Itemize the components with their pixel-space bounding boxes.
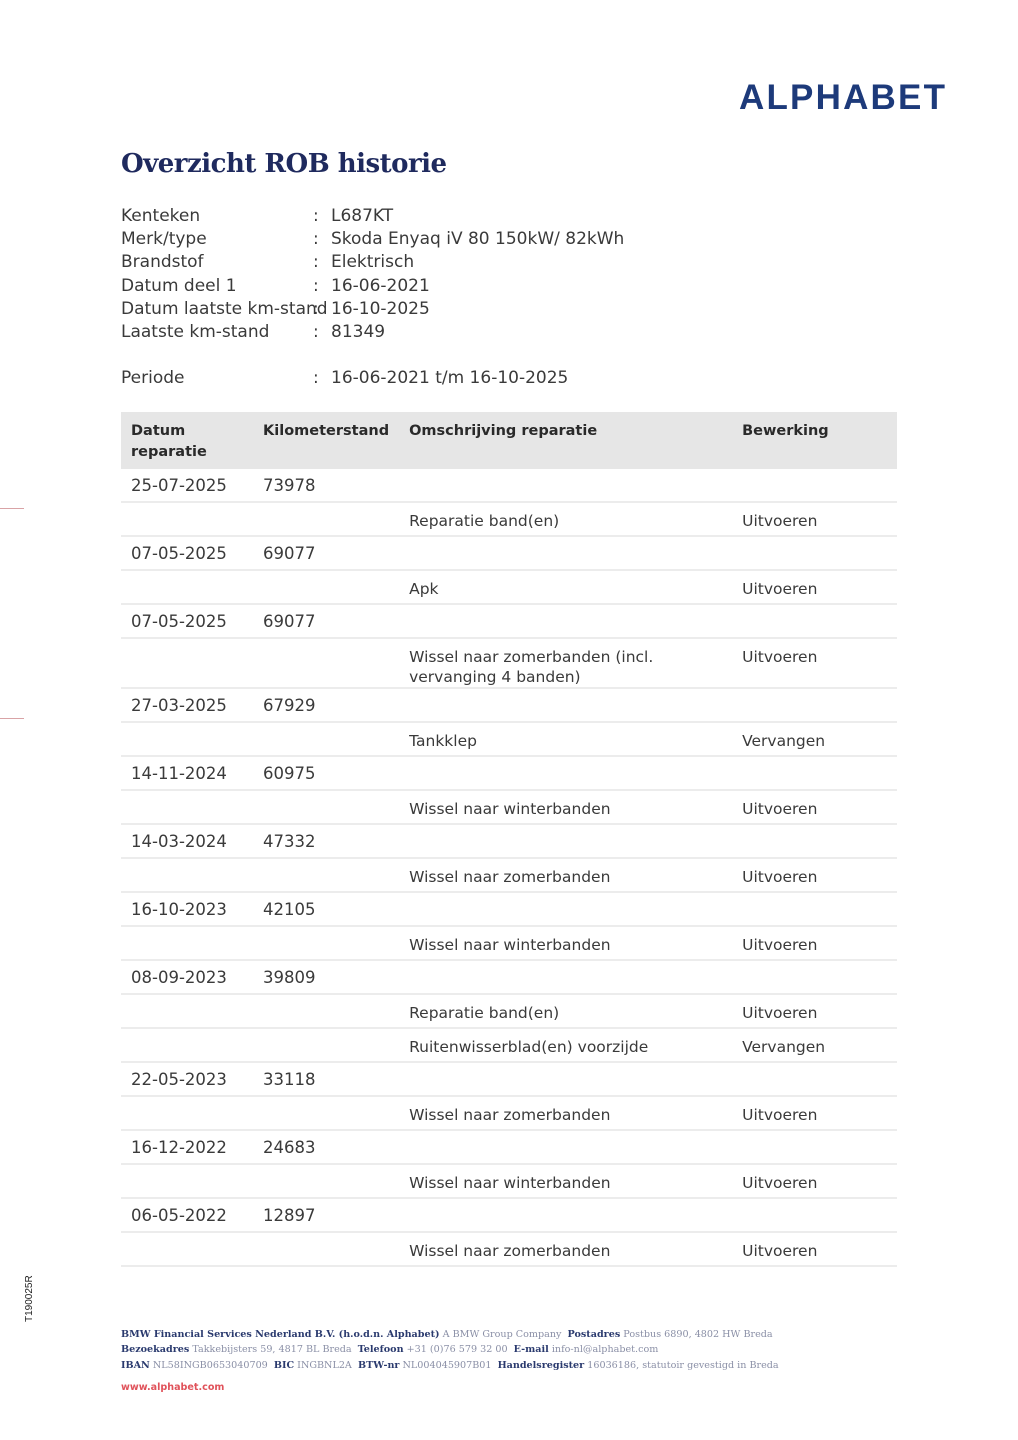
cell-km: 12897 xyxy=(253,1198,399,1232)
footer-label: Telefoon xyxy=(358,1344,404,1355)
table-row: Reparatie band(en)Uitvoeren xyxy=(121,502,897,536)
cell-km: 47332 xyxy=(253,824,399,858)
footer-text: NL004045907B01 xyxy=(399,1360,497,1371)
cell-action xyxy=(732,688,897,722)
vehicle-info-row: Kenteken:L687KT xyxy=(121,205,624,228)
info-value: Skoda Enyaq iV 80 150kW/ 82kWh xyxy=(331,228,624,251)
fold-mark-top xyxy=(0,508,24,509)
period-value: 16-06-2021 t/m 16-10-2025 xyxy=(331,367,568,390)
cell-description: Tankklep xyxy=(399,722,732,756)
cell-km: 73978 xyxy=(253,469,399,502)
info-value: 81349 xyxy=(331,321,385,344)
cell-km: 69077 xyxy=(253,536,399,570)
cell-description xyxy=(399,469,732,502)
cell-description xyxy=(399,824,732,858)
cell-action xyxy=(732,536,897,570)
table-row: Wissel naar winterbandenUitvoeren xyxy=(121,1164,897,1198)
cell-date xyxy=(121,790,253,824)
info-separator: : xyxy=(313,228,331,251)
cell-description xyxy=(399,688,732,722)
cell-action: Uitvoeren xyxy=(732,1096,897,1130)
cell-km: 33118 xyxy=(253,1062,399,1096)
cell-date xyxy=(121,926,253,960)
cell-action: Uitvoeren xyxy=(732,638,897,688)
footer-website-link[interactable]: www.alphabet.com xyxy=(121,1382,224,1393)
cell-action: Uitvoeren xyxy=(732,502,897,536)
table-row: Wissel naar zomerbanden (incl. vervangin… xyxy=(121,638,897,688)
cell-date xyxy=(121,1232,253,1266)
header-action: Bewerking xyxy=(732,412,897,469)
table-header-row: Datum reparatie Kilometerstand Omschrijv… xyxy=(121,412,897,469)
table-row: 25-07-202573978 xyxy=(121,469,897,502)
page-title: Overzicht ROB historie xyxy=(121,146,447,182)
cell-description xyxy=(399,892,732,926)
cell-date: 27-03-2025 xyxy=(121,688,253,722)
cell-date xyxy=(121,1164,253,1198)
cell-km: 42105 xyxy=(253,892,399,926)
info-label: Laatste km-stand xyxy=(121,321,313,344)
cell-date: 16-12-2022 xyxy=(121,1130,253,1164)
footer-text: INGBNL2A xyxy=(294,1360,358,1371)
cell-date xyxy=(121,1096,253,1130)
footer-text: Postbus 6890, 4802 HW Breda xyxy=(620,1329,772,1340)
cell-km xyxy=(253,638,399,688)
table-row: 07-05-202569077 xyxy=(121,536,897,570)
cell-date xyxy=(121,1028,253,1062)
cell-description: Apk xyxy=(399,570,732,604)
cell-action: Uitvoeren xyxy=(732,790,897,824)
period-row: Periode : 16-06-2021 t/m 16-10-2025 xyxy=(121,367,568,390)
document-code: T190025R xyxy=(24,1275,35,1322)
cell-date xyxy=(121,638,253,688)
info-separator: : xyxy=(313,251,331,274)
cell-description xyxy=(399,1130,732,1164)
cell-km xyxy=(253,1096,399,1130)
footer-text: info-nl@alphabet.com xyxy=(549,1344,659,1355)
cell-action xyxy=(732,1198,897,1232)
cell-km xyxy=(253,994,399,1028)
cell-date xyxy=(121,570,253,604)
cell-km xyxy=(253,570,399,604)
vehicle-info-row: Datum laatste km-stand:16-10-2025 xyxy=(121,298,624,321)
table-row: Reparatie band(en)Uitvoeren xyxy=(121,994,897,1028)
cell-description: Wissel naar winterbanden xyxy=(399,1164,732,1198)
cell-description: Reparatie band(en) xyxy=(399,502,732,536)
vehicle-info-row: Brandstof:Elektrisch xyxy=(121,251,624,274)
cell-description: Wissel naar zomerbanden xyxy=(399,1096,732,1130)
cell-km xyxy=(253,502,399,536)
cell-km xyxy=(253,722,399,756)
cell-km xyxy=(253,790,399,824)
period-label: Periode xyxy=(121,367,313,390)
info-value: 16-10-2025 xyxy=(331,298,430,321)
cell-date xyxy=(121,722,253,756)
footer-line: IBAN NL58INGB0653040709 BIC INGBNL2A BTW… xyxy=(121,1358,779,1373)
table-row: 14-03-202447332 xyxy=(121,824,897,858)
table-row: 22-05-202333118 xyxy=(121,1062,897,1096)
table-row: 27-03-202567929 xyxy=(121,688,897,722)
cell-description: Wissel naar zomerbanden (incl. vervangin… xyxy=(399,638,732,688)
table-row: Wissel naar zomerbandenUitvoeren xyxy=(121,1232,897,1266)
cell-action: Uitvoeren xyxy=(732,1232,897,1266)
cell-km xyxy=(253,926,399,960)
period-separator: : xyxy=(313,367,331,390)
table-row: 14-11-202460975 xyxy=(121,756,897,790)
cell-km xyxy=(253,1232,399,1266)
cell-km: 60975 xyxy=(253,756,399,790)
info-label: Kenteken xyxy=(121,205,313,228)
cell-description: Wissel naar zomerbanden xyxy=(399,1232,732,1266)
footer-label: Handelsregister xyxy=(498,1360,585,1371)
header-description: Omschrijving reparatie xyxy=(399,412,732,469)
table-row: Wissel naar zomerbandenUitvoeren xyxy=(121,858,897,892)
cell-km xyxy=(253,1164,399,1198)
cell-date: 07-05-2025 xyxy=(121,604,253,638)
cell-description xyxy=(399,1198,732,1232)
footer-label: BIC xyxy=(274,1360,294,1371)
table-row: 16-10-202342105 xyxy=(121,892,897,926)
footer-label: Postadres xyxy=(568,1329,621,1340)
header-date: Datum reparatie xyxy=(121,412,253,469)
cell-km xyxy=(253,1028,399,1062)
cell-action: Uitvoeren xyxy=(732,1164,897,1198)
footer-text: NL58INGB0653040709 xyxy=(150,1360,274,1371)
cell-description: Ruitenwisserblad(en) voorzijde xyxy=(399,1028,732,1062)
footer-line: Bezoekadres Takkebijsters 59, 4817 BL Br… xyxy=(121,1342,779,1357)
cell-action xyxy=(732,604,897,638)
cell-date: 14-11-2024 xyxy=(121,756,253,790)
cell-action xyxy=(732,824,897,858)
vehicle-info: Kenteken:L687KTMerk/type:Skoda Enyaq iV … xyxy=(121,205,624,344)
cell-action xyxy=(732,1062,897,1096)
footer-line: BMW Financial Services Nederland B.V. (h… xyxy=(121,1327,779,1342)
table-row: ApkUitvoeren xyxy=(121,570,897,604)
info-separator: : xyxy=(313,275,331,298)
footer-text: A BMW Group Company xyxy=(440,1329,568,1340)
info-separator: : xyxy=(313,321,331,344)
cell-action: Uitvoeren xyxy=(732,570,897,604)
cell-description: Reparatie band(en) xyxy=(399,994,732,1028)
cell-description: Wissel naar winterbanden xyxy=(399,926,732,960)
cell-km: 39809 xyxy=(253,960,399,994)
cell-action xyxy=(732,1130,897,1164)
cell-date: 08-09-2023 xyxy=(121,960,253,994)
cell-description xyxy=(399,536,732,570)
cell-date: 06-05-2022 xyxy=(121,1198,253,1232)
table-row: Wissel naar winterbandenUitvoeren xyxy=(121,926,897,960)
table-row: Ruitenwisserblad(en) voorzijdeVervangen xyxy=(121,1028,897,1062)
info-separator: : xyxy=(313,298,331,321)
footer-label: BTW-nr xyxy=(358,1360,400,1371)
cell-date: 22-05-2023 xyxy=(121,1062,253,1096)
vehicle-info-row: Merk/type:Skoda Enyaq iV 80 150kW/ 82kWh xyxy=(121,228,624,251)
footer-label: E-mail xyxy=(514,1344,549,1355)
info-value: L687KT xyxy=(331,205,393,228)
repair-history-table: Datum reparatie Kilometerstand Omschrijv… xyxy=(121,412,897,1267)
cell-date: 16-10-2023 xyxy=(121,892,253,926)
table-row: 08-09-202339809 xyxy=(121,960,897,994)
info-label: Datum deel 1 xyxy=(121,275,313,298)
table-row: 06-05-202212897 xyxy=(121,1198,897,1232)
cell-date xyxy=(121,994,253,1028)
cell-action xyxy=(732,892,897,926)
table-row: 07-05-202569077 xyxy=(121,604,897,638)
cell-date xyxy=(121,858,253,892)
cell-description xyxy=(399,960,732,994)
footer-text: 16036186, statutoir gevestigd in Breda xyxy=(584,1360,778,1371)
alphabet-logo: ALPHABET xyxy=(739,78,947,118)
footer-label: IBAN xyxy=(121,1360,150,1371)
table-row: TankklepVervangen xyxy=(121,722,897,756)
vehicle-info-row: Laatste km-stand:81349 xyxy=(121,321,624,344)
table-row: Wissel naar zomerbandenUitvoeren xyxy=(121,1096,897,1130)
info-label: Merk/type xyxy=(121,228,313,251)
cell-action: Vervangen xyxy=(732,722,897,756)
cell-action: Uitvoeren xyxy=(732,994,897,1028)
cell-action xyxy=(732,756,897,790)
info-label: Brandstof xyxy=(121,251,313,274)
table-row: Wissel naar winterbandenUitvoeren xyxy=(121,790,897,824)
info-separator: : xyxy=(313,205,331,228)
cell-km xyxy=(253,858,399,892)
cell-km: 24683 xyxy=(253,1130,399,1164)
cell-description: Wissel naar zomerbanden xyxy=(399,858,732,892)
cell-date xyxy=(121,502,253,536)
info-label: Datum laatste km-stand xyxy=(121,298,313,321)
footer-text: Takkebijsters 59, 4817 BL Breda xyxy=(189,1344,357,1355)
cell-description xyxy=(399,1062,732,1096)
cell-action xyxy=(732,960,897,994)
footer-company-info: BMW Financial Services Nederland B.V. (h… xyxy=(121,1327,779,1373)
vehicle-info-row: Datum deel 1:16-06-2021 xyxy=(121,275,624,298)
cell-action: Uitvoeren xyxy=(732,926,897,960)
cell-action: Vervangen xyxy=(732,1028,897,1062)
cell-description xyxy=(399,756,732,790)
header-km: Kilometerstand xyxy=(253,412,399,469)
cell-km: 69077 xyxy=(253,604,399,638)
cell-date: 14-03-2024 xyxy=(121,824,253,858)
footer-label: Bezoekadres xyxy=(121,1344,189,1355)
cell-action xyxy=(732,469,897,502)
cell-description: Wissel naar winterbanden xyxy=(399,790,732,824)
cell-action: Uitvoeren xyxy=(732,858,897,892)
cell-date: 25-07-2025 xyxy=(121,469,253,502)
fold-mark-bottom xyxy=(0,718,24,719)
info-value: 16-06-2021 xyxy=(331,275,430,298)
cell-date: 07-05-2025 xyxy=(121,536,253,570)
footer-text: +31 (0)76 579 32 00 xyxy=(404,1344,514,1355)
cell-description xyxy=(399,604,732,638)
cell-km: 67929 xyxy=(253,688,399,722)
info-value: Elektrisch xyxy=(331,251,414,274)
table-row: 16-12-202224683 xyxy=(121,1130,897,1164)
footer-label: BMW Financial Services Nederland B.V. (h… xyxy=(121,1329,440,1340)
